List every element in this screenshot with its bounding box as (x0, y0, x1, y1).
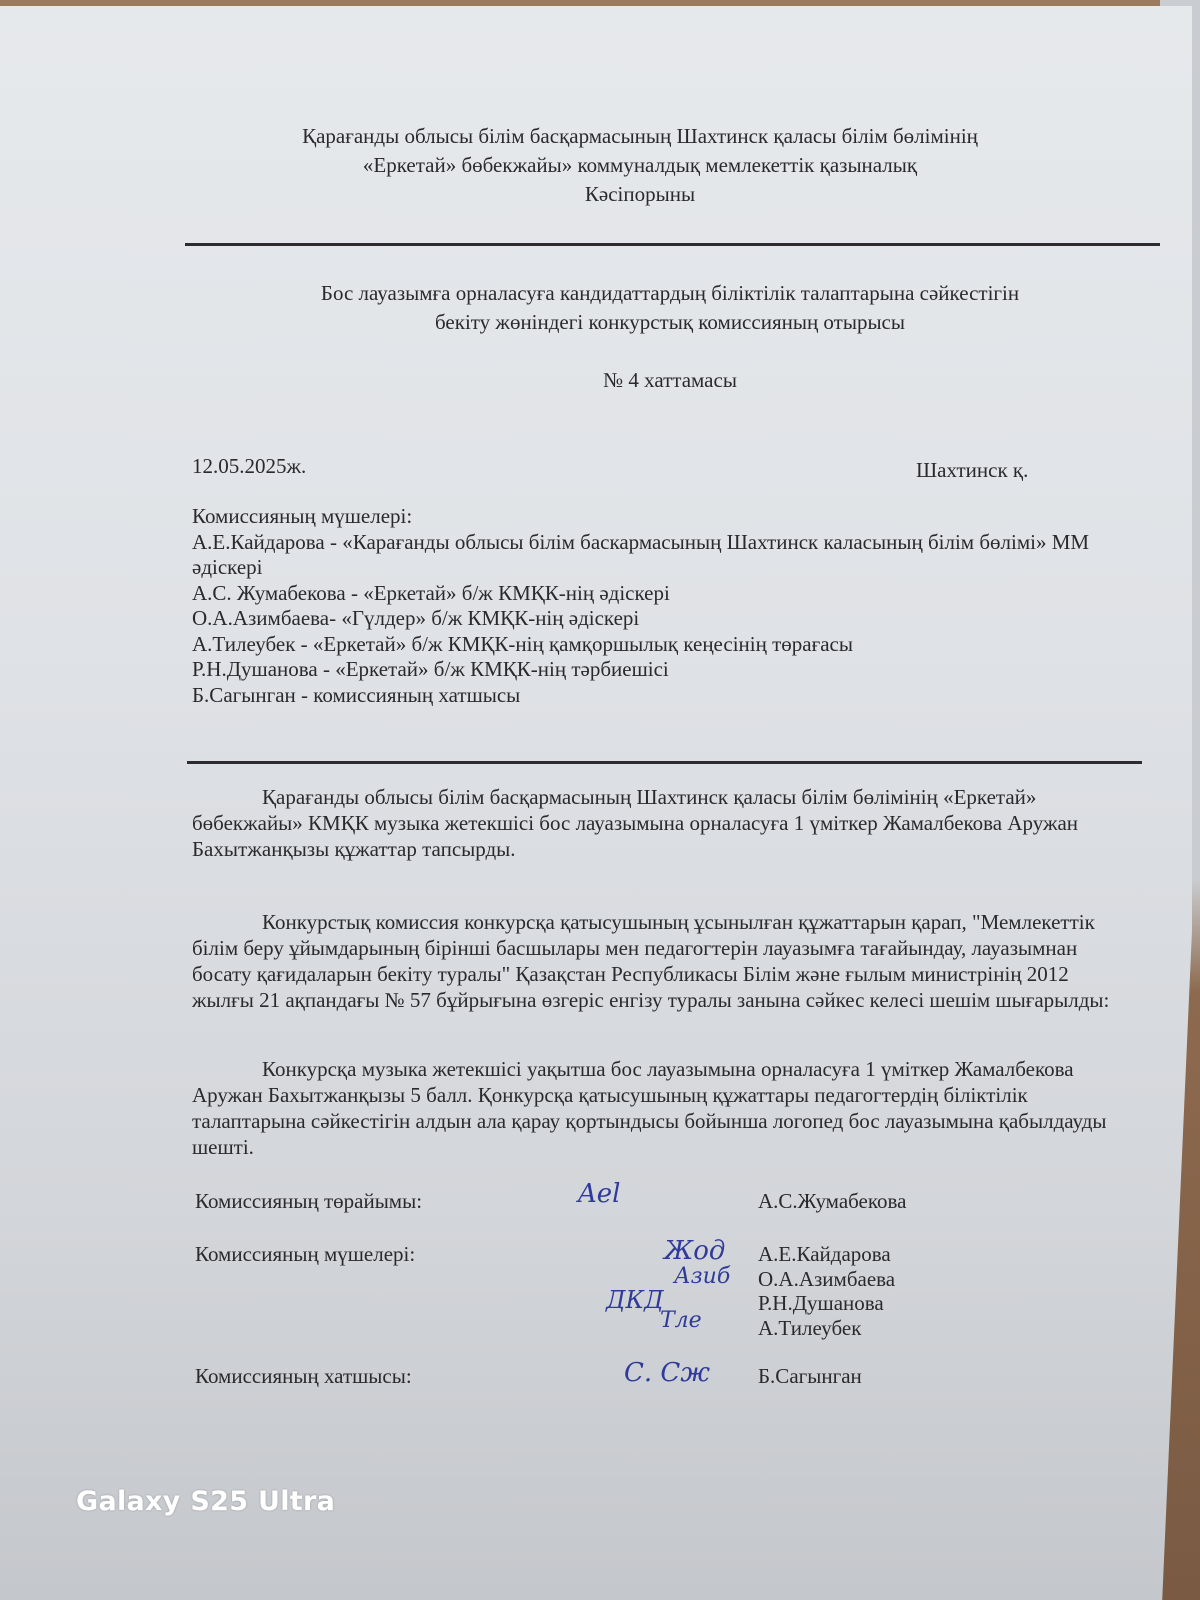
member-name: Р.Н.Душанова (758, 1291, 895, 1316)
document-date: 12.05.2025ж. (192, 454, 306, 479)
title-line-1: Бос лауазымға орналасуға кандидаттардың … (230, 279, 1110, 308)
member-name: О.А.Азимбаева (758, 1267, 895, 1292)
member-item: Р.Н.Душанова - «Еркетай» б/ж КМҚК-нің тә… (192, 657, 1132, 683)
commission-members: Комиссияның мүшелері: А.Е.Кайдарова - «К… (192, 504, 1132, 708)
secretary-label: Комиссияның хатшысы: (195, 1364, 412, 1389)
member-item: Б.Сагынган - комиссияның хатшысы (192, 683, 1132, 709)
paragraph-review: Конкурстық комиссия конкурсқа қатысушыны… (192, 909, 1132, 1013)
secretary-signature: С. Сж (624, 1358, 710, 1388)
organization-header: Қарағанды облысы білім басқармасының Шах… (260, 122, 1020, 209)
header-line-1: Қарағанды облысы білім басқармасының Шах… (260, 122, 1020, 151)
member-item: О.А.Азимбаева- «Гүлдер» б/ж КМҚК-нің әді… (192, 606, 1132, 632)
member-item: А.Е.Кайдарова - «Карағанды облысы білім … (192, 530, 1132, 581)
member-item: А.Тилеубек - «Еркетай» б/ж КМҚК-нің қамқ… (192, 632, 1132, 658)
member-name: А.Тилеубек (758, 1316, 895, 1341)
members-label: Комиссияның мүшелері: (195, 1242, 415, 1267)
members-divider (187, 761, 1142, 764)
document-title: Бос лауазымға орналасуға кандидаттардың … (230, 279, 1110, 337)
member-signature: Жод (664, 1236, 725, 1266)
member-name: А.Е.Кайдарова (758, 1242, 895, 1267)
secretary-name: Б.Сагынган (758, 1364, 862, 1389)
chair-label: Комиссияның төрайымы: (195, 1189, 422, 1214)
chair-name: А.С.Жумабекова (758, 1189, 906, 1214)
chair-signature: Ael (578, 1179, 620, 1209)
title-line-2: бекіту жөніндегі конкурстық комиссияның … (230, 308, 1110, 337)
header-line-3: Кәсіпорыны (260, 180, 1020, 209)
header-line-2: «Еркетай» бөбекжайы» коммуналдық мемлеке… (260, 151, 1020, 180)
member-names: А.Е.Кайдарова О.А.Азимбаева Р.Н.Душанова… (758, 1242, 895, 1340)
paper-sheet: Қарағанды облысы білім басқармасының Шах… (0, 6, 1192, 1600)
member-item: А.С. Жумабекова - «Еркетай» б/ж КМҚК-нің… (192, 581, 1132, 607)
paragraph-applicant: Қарағанды облысы білім басқармасының Шах… (192, 784, 1132, 862)
member-signature: Тле (660, 1308, 702, 1333)
document: Қарағанды облысы білім басқармасының Шах… (0, 6, 1192, 1600)
protocol-number: № 4 хаттамасы (230, 368, 1110, 393)
document-place: Шахтинск қ. (916, 458, 1028, 483)
paragraph-decision: Конкурсқа музыка жетекшісі уақытша бос л… (192, 1056, 1132, 1160)
members-heading: Комиссияның мүшелері: (192, 504, 1132, 530)
member-signature: ДКД (606, 1286, 664, 1314)
member-signature: Азиб (674, 1264, 730, 1289)
camera-watermark: Galaxy S25 Ultra (76, 1486, 335, 1517)
header-divider (185, 243, 1160, 246)
